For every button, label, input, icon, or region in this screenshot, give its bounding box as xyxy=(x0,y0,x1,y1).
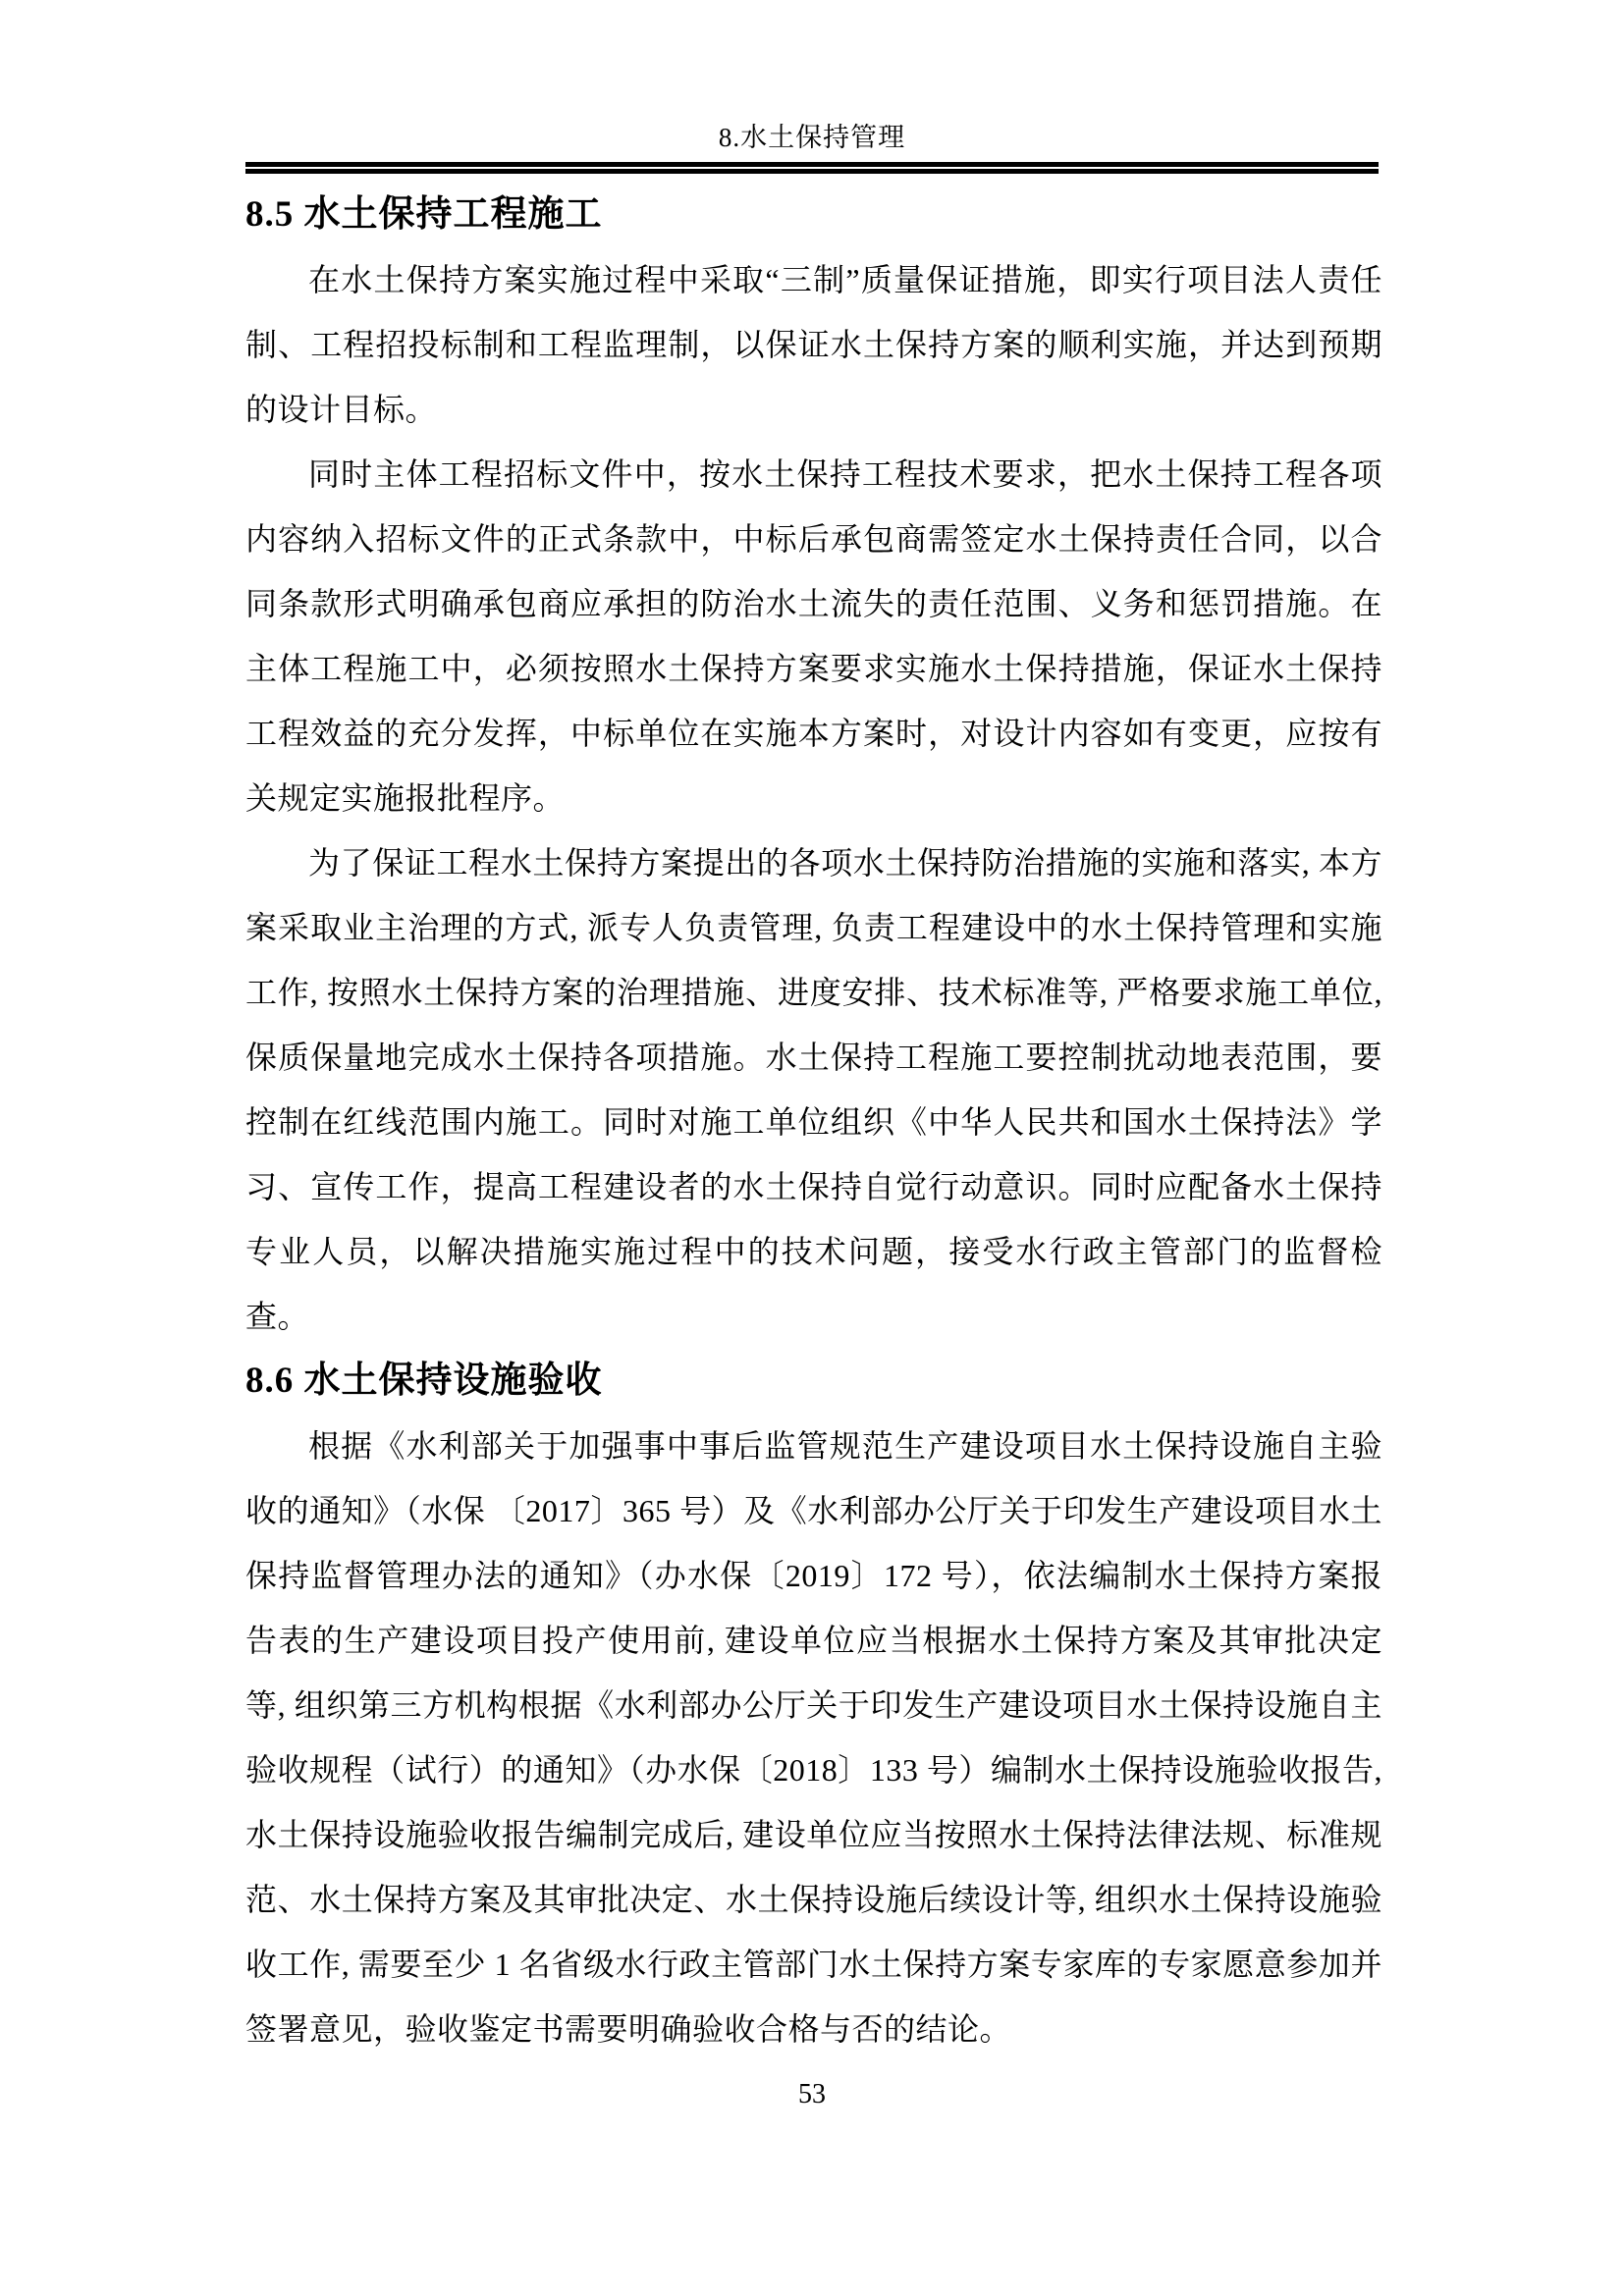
paragraph: 在水土保持方案实施过程中采取“三制”质量保证措施，即实行项目法人责任制、工程招投… xyxy=(245,247,1382,442)
section-heading-8-5: 8.5 水土保持工程施工 xyxy=(245,183,1382,247)
paragraph: 根据《水利部关于加强事中事后监管规范生产建设项目水土保持设施自主验收的通知》（水… xyxy=(245,1414,1382,2061)
section-heading-8-6: 8.6 水土保持设施验收 xyxy=(245,1349,1382,1414)
header-rule xyxy=(245,162,1379,174)
document-body: 8.5 水土保持工程施工 在水土保持方案实施过程中采取“三制”质量保证措施，即实… xyxy=(245,183,1382,2061)
page-header: 8.水土保持管理 xyxy=(0,120,1624,155)
paragraph: 同时主体工程招标文件中，按水土保持工程技术要求，把水土保持工程各项内容纳入招标文… xyxy=(245,442,1382,830)
paragraph: 为了保证工程水土保持方案提出的各项水土保持防治措施的实施和落实, 本方案采取业主… xyxy=(245,830,1382,1349)
header-title: 8.水土保持管理 xyxy=(719,123,905,152)
document-page: 8.水土保持管理 8.5 水土保持工程施工 在水土保持方案实施过程中采取“三制”… xyxy=(0,0,1624,2296)
page-number: 53 xyxy=(0,2079,1624,2110)
